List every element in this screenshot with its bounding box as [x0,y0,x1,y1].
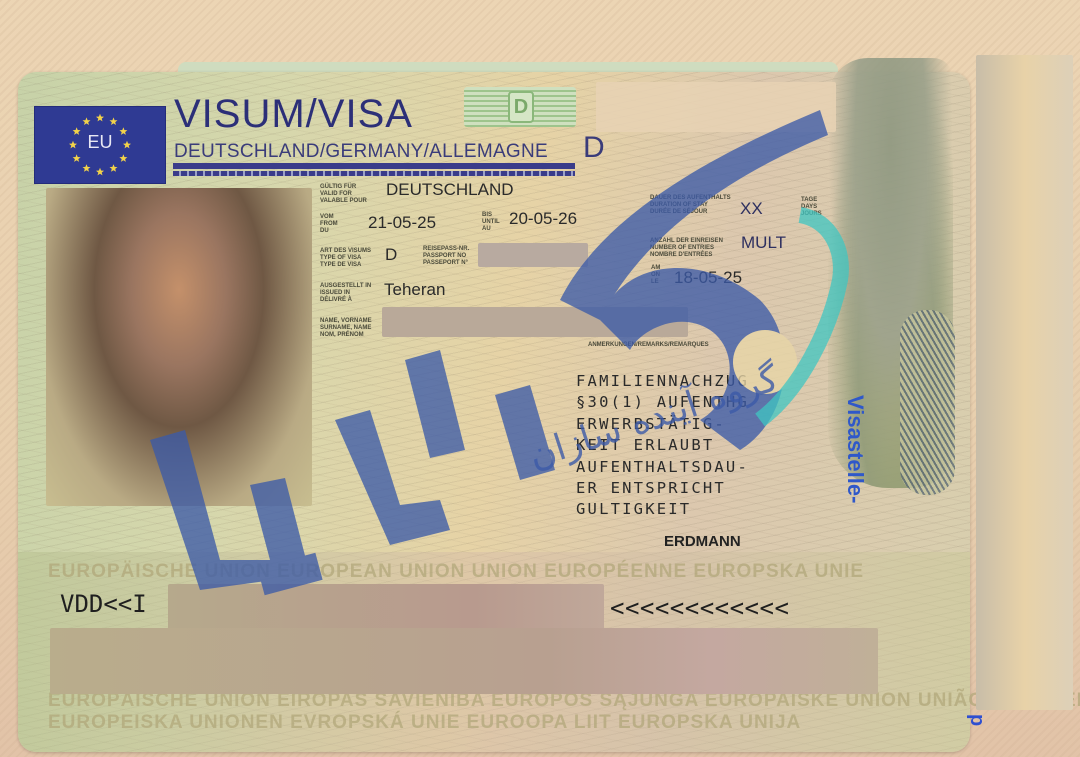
label-remarks: ANMERKUNGEN/REMARKS/REMARQUES [588,342,709,349]
redacted-passport-number [478,243,588,267]
eu-flag-label: EU [35,132,165,153]
mrz-line-1-start: VDD<<I [60,590,147,618]
value-number-of-entries: MULT [741,233,786,253]
label-passport-number: REISEPASS-NR. PASSPORT No PASSEPORT N° [423,246,469,267]
visa-country: DEUTSCHLAND/GERMANY/ALLEMAGNE [174,141,548,163]
value-duration-of-stay: XX [740,199,763,219]
eu-microtext-line: EUROPEISKA UNIONEN EVROPSKÁ UNIE EUROOPA… [48,712,801,734]
label-from: VOM FROM DU [320,214,338,235]
redacted-mrz-line-2 [50,628,878,694]
visa-category-letter: D [583,131,605,165]
label-days-unit: TAGE DAYS JOURS [801,197,822,218]
value-valid-for: DEUTSCHLAND [386,180,514,200]
d-stamp-letter: D [508,91,534,123]
label-issued-on: AM ON LE [651,265,660,286]
remarks-text: FAMILIENNACHZUG §30(1) AUFENTHG ERWERBST… [576,371,749,521]
officer-signature: ERDMANN [664,533,741,550]
visa-title: VISUM/VISA [174,92,413,137]
visastelle-vertical-text: Visastelle- [842,395,868,503]
label-until: BIS UNTIL AU [482,212,500,233]
value-issued-on: 18-05-25 [674,268,742,288]
value-type-of-visa: D [385,245,397,265]
label-number-of-entries: ANZAHL DER EINREISEN NUMBER OF ENTRIES N… [650,238,723,259]
d-stamp: D [464,87,576,127]
security-artwork-stripe [900,310,955,495]
redacted-mrz-line-1 [168,584,604,630]
value-until: 20-05-26 [509,209,577,229]
redacted-holder-photo [46,188,312,506]
label-valid-for: GÜLTIG FÜR VALID FOR VALABLE POUR [320,184,367,205]
country-band [173,163,575,169]
value-from: 21-05-25 [368,213,436,233]
right-edge-letter: p [965,714,988,726]
redacted-holder-name [382,307,688,337]
eu-flag: EU [34,106,166,184]
label-issued-in: AUSGESTELLT IN ISSUED IN DÉLIVRÉ À [320,283,371,304]
redacted-header-area [596,82,836,132]
value-issued-in: Teheran [384,280,445,300]
label-duration-of-stay: DAUER DES AUFENTHALTS DURATION OF STAY D… [650,195,731,216]
country-microprint-band [173,171,575,176]
redacted-right-margin [976,55,1073,710]
label-type-of-visa: ART DES VISUMS TYPE OF VISA TYPE DE VISA [320,248,371,269]
label-name: NAME, VORNAME SURNAME, NAME NOM, PRÉNOM [320,318,372,339]
mrz-line-1-end: <<<<<<<<<<<< [610,594,789,622]
eu-microtext-line: EUROPÄISCHE UNION EUROPEAN UNION UNION E… [48,561,864,583]
